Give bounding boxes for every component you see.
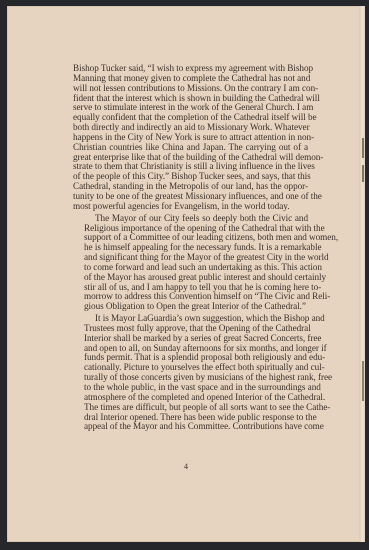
- binding-clip-mark: [362, 361, 364, 401]
- binding-clip-mark: [362, 138, 364, 158]
- binding-clip-mark: [362, 165, 364, 182]
- document-page: Bishop Tucker said, “I wish to express m…: [7, 6, 365, 542]
- body-text: Bishop Tucker said, “I wish to express m…: [73, 64, 308, 432]
- text-line: appeal of the Mayor and his Committee. C…: [73, 422, 308, 432]
- paragraph-3: It is Mayor LaGuardia’s own suggestion, …: [73, 314, 308, 432]
- paragraph-2: The Mayor of our City feels so deeply bo…: [73, 214, 308, 312]
- paragraph-1: Bishop Tucker said, “I wish to express m…: [73, 64, 308, 212]
- text-line: gious Obligation to Open the great Inter…: [73, 302, 308, 312]
- text-line: most powerful agencies for Evangelism, i…: [73, 202, 308, 212]
- page-number: 4: [7, 462, 365, 471]
